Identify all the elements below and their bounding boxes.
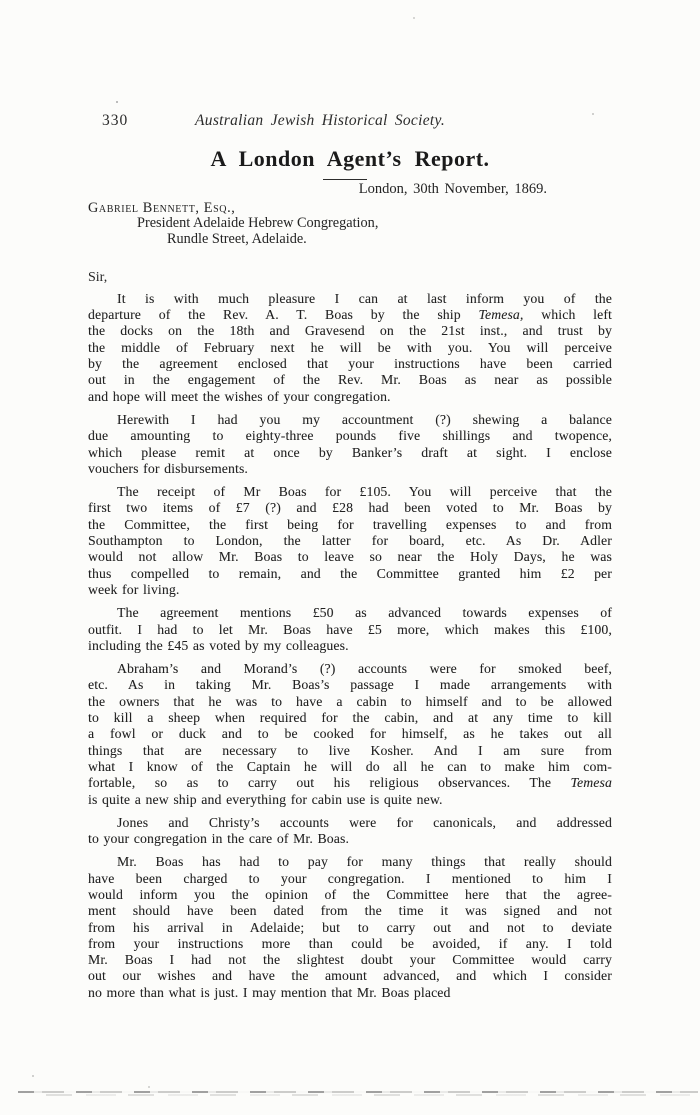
paragraph: The receipt of Mr Boas for £105. You wil… [88, 484, 612, 598]
text-line: have been charged to your congregation. … [88, 871, 612, 887]
text-line: ment should have been dated from the tim… [88, 903, 612, 919]
page-header: 330 Australian Jewish Historical Society… [88, 112, 612, 132]
text-line: out in the engagement of the Rev. Mr. Bo… [88, 372, 612, 388]
text-line: Herewith I had you my accountment (?) sh… [88, 412, 612, 428]
scan-speck [32, 1075, 34, 1077]
text-line: what I know of the Captain he will do al… [88, 759, 612, 775]
paragraph: The agreement mentions £50 as advanced t… [88, 605, 612, 654]
text-line: week for living. [88, 582, 612, 598]
scan-artifact-line [46, 1094, 690, 1096]
article-title: A London Agent’s Report. [88, 146, 612, 172]
text-line: It is with much pleasure I can at last i… [88, 291, 612, 307]
scan-speck [148, 1086, 150, 1088]
text-line: first two items of £7 (?) and £28 had be… [88, 500, 612, 516]
addressee-line: President Adelaide Hebrew Congregation, [137, 216, 612, 231]
text-line: The agreement mentions £50 as advanced t… [88, 605, 612, 621]
text-line: departure of the Rev. A. T. Boas by the … [88, 307, 612, 323]
text-line: and hope will meet the wishes of your co… [88, 389, 612, 405]
text-line: Jones and Christy’s accounts were for ca… [88, 815, 612, 831]
text-line: outfit. I had to let Mr. Boas have £5 mo… [88, 622, 612, 638]
text-line: fortable, so as to carry out his religio… [88, 775, 612, 791]
paragraph: It is with much pleasure I can at last i… [88, 291, 612, 405]
text-line: is quite a new ship and everything for c… [88, 792, 612, 808]
page-number: 330 [102, 112, 128, 130]
addressee-name: Gabriel Bennett, Esq., [88, 201, 612, 216]
text-line: Mr. Boas I had not the slightest doubt y… [88, 952, 612, 968]
scan-artifact-line [18, 1091, 698, 1093]
text-line: which please remit at once by Banker’s d… [88, 445, 612, 461]
scan-speck [116, 101, 118, 103]
text-line: from your instructions more than could b… [88, 936, 612, 952]
text-line: would inform you the opinion of the Comm… [88, 887, 612, 903]
scanned-page: 330 Australian Jewish Historical Society… [0, 0, 700, 1115]
paragraph: Jones and Christy’s accounts were for ca… [88, 815, 612, 848]
text-line: out our wishes and have the amount advan… [88, 968, 612, 984]
text-line: Abraham’s and Morand’s (?) accounts were… [88, 661, 612, 677]
title-rule [323, 179, 367, 180]
text-line: the middle of February next he will be w… [88, 340, 612, 356]
text-line: thus compelled to remain, and the Commit… [88, 566, 612, 582]
text-line: due amounting to eighty-three pounds fiv… [88, 428, 612, 444]
text-line: to your congregation in the care of Mr. … [88, 831, 612, 847]
text-line: a fowl or duck and to be cooked for hims… [88, 726, 612, 742]
text-line: no more than what is just. I may mention… [88, 985, 612, 1001]
text-line: from his arrival in Adelaide; but to car… [88, 920, 612, 936]
paragraph: Abraham’s and Morand’s (?) accounts were… [88, 661, 612, 808]
addressee-block: Gabriel Bennett, Esq., President Adelaid… [88, 201, 612, 247]
letter-body: It is with much pleasure I can at last i… [88, 291, 612, 1001]
text-line: vouchers for disbursements. [88, 461, 612, 477]
text-line: including the £45 as voted by my colleag… [88, 638, 612, 654]
scan-speck [592, 113, 594, 115]
text-line: things that are necessary to live Kosher… [88, 743, 612, 759]
text-line: the owners that he was to have a cabin t… [88, 694, 612, 710]
dateline: London, 30th November, 1869. [88, 181, 612, 198]
running-head: Australian Jewish Historical Society. [195, 112, 445, 130]
text-line: the Committee, the first being for trave… [88, 517, 612, 533]
text-line: by the agreement enclosed that your inst… [88, 356, 612, 372]
addressee-line: Rundle Street, Adelaide. [167, 232, 612, 247]
scan-speck [413, 17, 415, 19]
text-line: etc. As in taking Mr. Boas’s passage I m… [88, 677, 612, 693]
text-line: would not allow Mr. Boas to leave so nea… [88, 549, 612, 565]
text-line: Southampton to London, the latter for bo… [88, 533, 612, 549]
text-line: the docks on the 18th and Gravesend on t… [88, 323, 612, 339]
salutation: Sir, [88, 270, 612, 286]
text-line: to kill a sheep when required for the ca… [88, 710, 612, 726]
paragraph: Mr. Boas has had to pay for many things … [88, 854, 612, 1001]
text-line: The receipt of Mr Boas for £105. You wil… [88, 484, 612, 500]
paragraph: Herewith I had you my accountment (?) sh… [88, 412, 612, 477]
text-line: Mr. Boas has had to pay for many things … [88, 854, 612, 870]
